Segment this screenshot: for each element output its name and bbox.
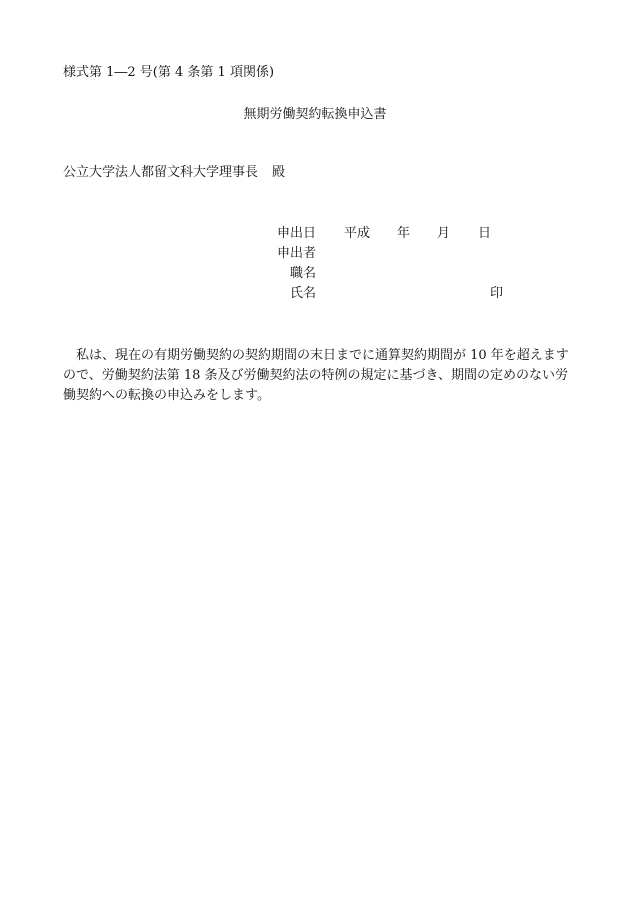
month-unit: 月 [437,227,450,240]
date-label: 申出日 [277,227,316,240]
document-title: 無期労働契約転換申込書 [0,108,630,121]
name-label: 氏名 [290,287,316,300]
addressee-name: 公立大学法人都留文科大学理事長 [63,165,258,180]
form-number: 様式第 1―2 号(第 4 条第 1 項関係) [63,66,274,79]
year-unit: 年 [397,227,410,240]
seal-mark: 印 [490,287,503,300]
addressee-honorific: 殿 [272,165,285,180]
era-label: 平成 [344,227,370,240]
application-statement: 私は、現在の有期労働契約の契約期間の末日までに通算契約期間が 10 年を超えます… [63,346,578,406]
applicant-label: 申出者 [277,247,316,260]
day-unit: 日 [478,227,491,240]
addressee: 公立大学法人都留文科大学理事長殿 [63,166,285,179]
position-label: 職名 [290,267,316,280]
